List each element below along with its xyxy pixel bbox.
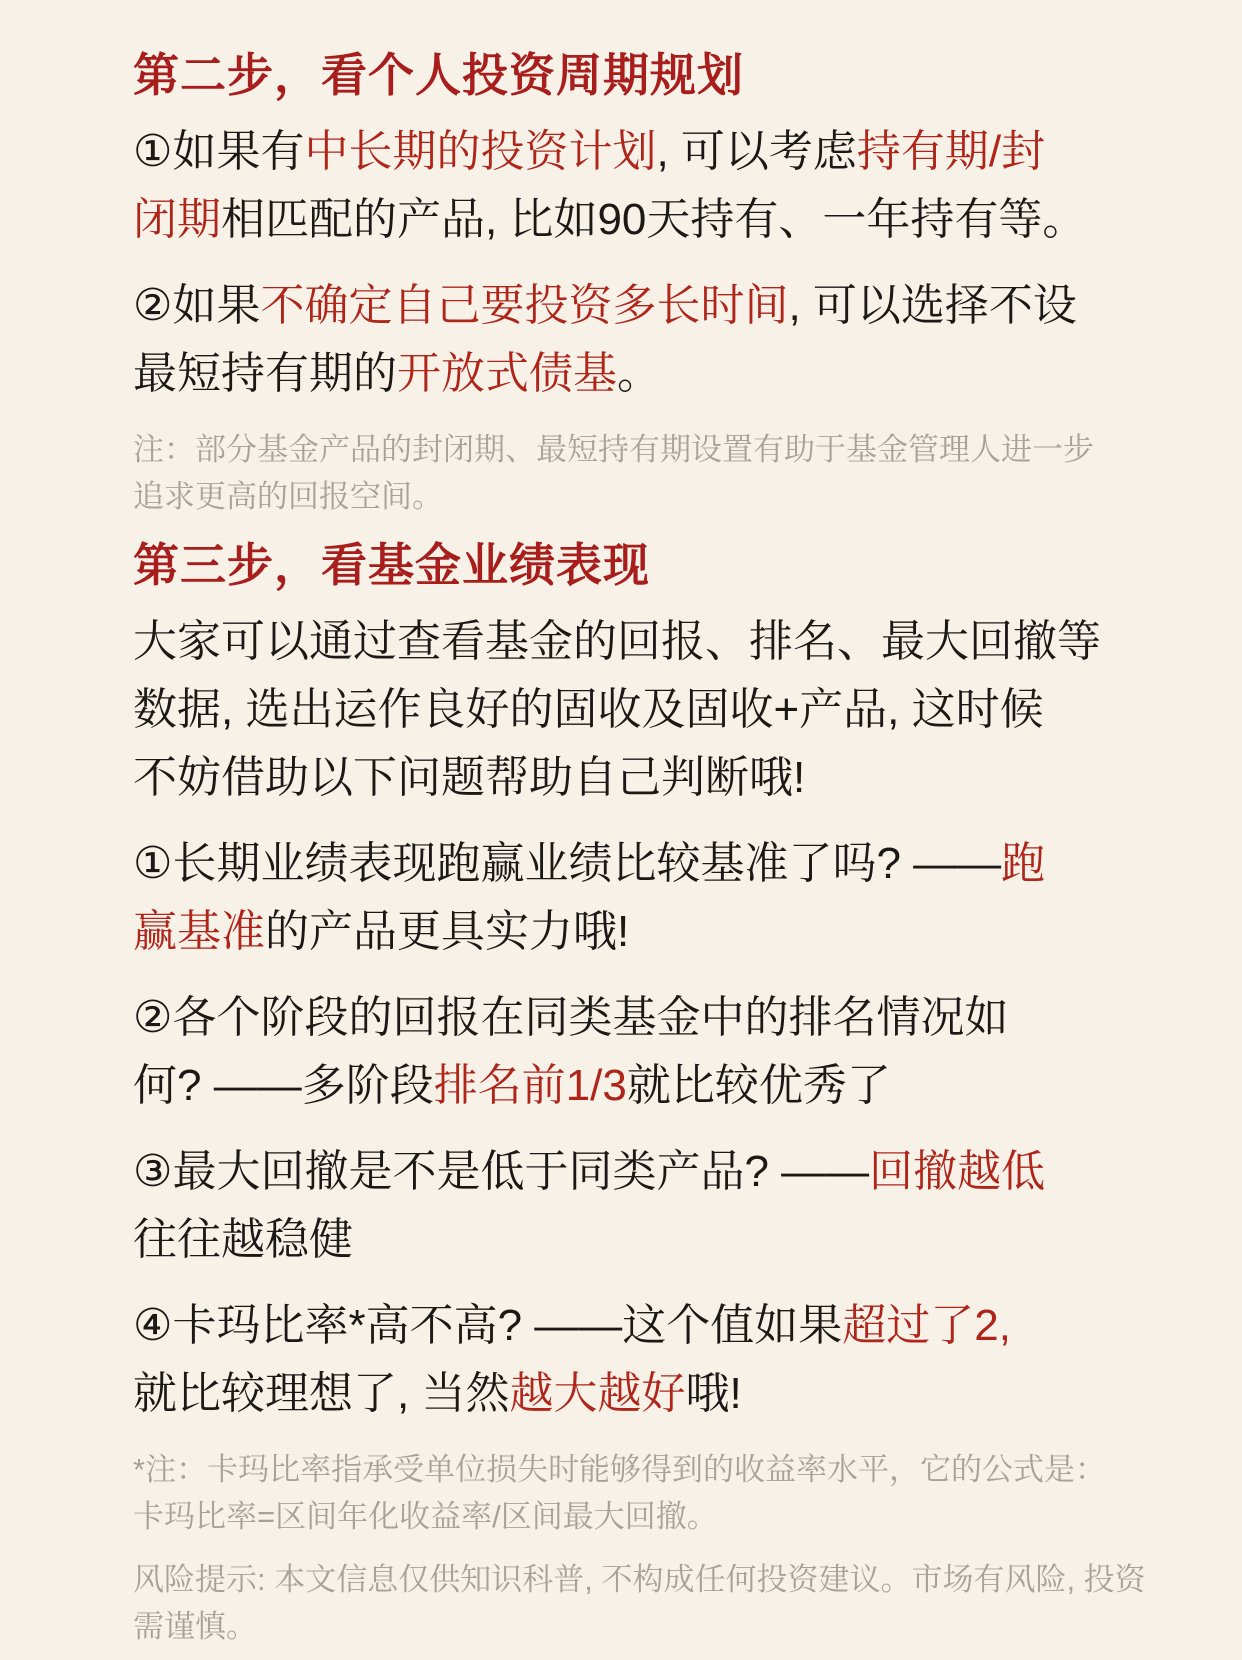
article-page: 第二步，看个人投资周期规划 ①如果有中长期的投资计划, 可以考虑持有期/封闭期相…	[0, 0, 1242, 1660]
text-run: ②各个阶段的回报在同类基金中的排名情况如	[133, 993, 1008, 1042]
risk-warning: 风险提示: 本文信息仅供知识科普, 不构成任何投资建议。市场有风险, 投资需谨慎…	[133, 1556, 1114, 1650]
text-run: 就比较理想了, 当然	[133, 1369, 509, 1418]
text-run: ③最大回撤是不是低于同类产品? ——	[133, 1147, 869, 1196]
step3-question-3: ③最大回撤是不是低于同类产品? ——回撤越低往往越稳健	[133, 1138, 1114, 1274]
text-run: 。	[617, 349, 661, 398]
step3-intro: 大家可以通过查看基金的回报、排名、最大回撤等数据, 选出运作良好的固收及固收+产…	[133, 608, 1114, 812]
text-run: ①如果有	[133, 127, 304, 176]
text-run: 大家可以通过查看基金的回报、排名、最大回撤等	[133, 617, 1101, 666]
text-run: ②如果	[133, 281, 260, 330]
step-2-title: 第二步，看个人投资周期规划	[133, 46, 1114, 104]
step3-question-2: ②各个阶段的回报在同类基金中的排名情况如何? ——多阶段排名前1/3就比较优秀了	[133, 984, 1114, 1120]
text-run: 追求更高的回报空间。	[133, 479, 443, 514]
text-run: 不确定自己要投资多长时间	[260, 281, 788, 330]
step2-point-2: ②如果不确定自己要投资多长时间, 可以选择不设最短持有期的开放式债基。	[133, 272, 1114, 408]
step-2-section: 第二步，看个人投资周期规划 ①如果有中长期的投资计划, 可以考虑持有期/封闭期相…	[133, 46, 1114, 520]
text-run: 超过了2,	[842, 1301, 1011, 1350]
step-3-paragraphs: 大家可以通过查看基金的回报、排名、最大回撤等数据, 选出运作良好的固收及固收+产…	[133, 608, 1114, 1650]
text-run: 的产品更具实力哦!	[265, 907, 629, 956]
closed-period-note: 注：部分基金产品的封闭期、最短持有期设置有助于基金管理人进一步追求更高的回报空间…	[133, 426, 1114, 520]
text-run: 就比较优秀了	[627, 1061, 891, 1110]
text-run: ④卡玛比率*高不高? ——这个值如果	[133, 1301, 842, 1350]
text-run: , 可以考虑	[656, 127, 856, 176]
text-run: 回撤越低	[869, 1147, 1045, 1196]
step-3-section: 第三步，看基金业绩表现 大家可以通过查看基金的回报、排名、最大回撤等数据, 选出…	[133, 536, 1114, 1650]
text-run: 跑	[1001, 839, 1045, 888]
text-run: 哦!	[685, 1369, 741, 1418]
text-run: 闭期	[133, 195, 221, 244]
text-run: 中长期的投资计划	[304, 127, 656, 176]
text-run: , 可以选择不设	[788, 281, 1076, 330]
text-run: 赢基准	[133, 907, 265, 956]
text-run: 卡玛比率=区间年化收益率/区间最大回撤。	[133, 1499, 718, 1534]
text-run: 不妨借助以下问题帮助自己判断哦!	[133, 753, 805, 802]
text-run: 风险提示: 本文信息仅供知识科普, 不构成任何投资建议。市场有风险, 投资	[133, 1562, 1146, 1597]
text-run: ①长期业绩表现跑赢业绩比较基准了吗? ——	[133, 839, 1001, 888]
text-run: 何? ——多阶段	[133, 1061, 434, 1110]
text-run: 往往越稳健	[133, 1215, 353, 1264]
text-run: 排名前1/3	[434, 1061, 627, 1110]
text-run: 开放式债基	[397, 349, 617, 398]
text-run: 越大越好	[509, 1369, 685, 1418]
text-run: 数据, 选出运作良好的固收及固收+产品, 这时候	[133, 685, 1044, 734]
step-3-title: 第三步，看基金业绩表现	[133, 536, 1114, 594]
step3-question-4: ④卡玛比率*高不高? ——这个值如果超过了2,就比较理想了, 当然越大越好哦!	[133, 1292, 1114, 1428]
text-run: 最短持有期的	[133, 349, 397, 398]
step3-question-1: ①长期业绩表现跑赢业绩比较基准了吗? ——跑赢基准的产品更具实力哦!	[133, 830, 1114, 966]
step-2-paragraphs: ①如果有中长期的投资计划, 可以考虑持有期/封闭期相匹配的产品, 比如90天持有…	[133, 118, 1114, 520]
text-run: 相匹配的产品, 比如90天持有、一年持有等。	[221, 195, 1086, 244]
text-run: 需谨慎。	[133, 1609, 257, 1644]
text-run: 注：部分基金产品的封闭期、最短持有期设置有助于基金管理人进一步	[133, 432, 1094, 467]
text-run: 持有期/封	[857, 127, 1045, 176]
text-run: *注：卡玛比率指承受单位损失时能够得到的收益率水平，它的公式是：	[133, 1452, 1106, 1487]
calmar-ratio-note: *注：卡玛比率指承受单位损失时能够得到的收益率水平，它的公式是：卡玛比率=区间年…	[133, 1446, 1114, 1540]
step2-point-1: ①如果有中长期的投资计划, 可以考虑持有期/封闭期相匹配的产品, 比如90天持有…	[133, 118, 1114, 254]
